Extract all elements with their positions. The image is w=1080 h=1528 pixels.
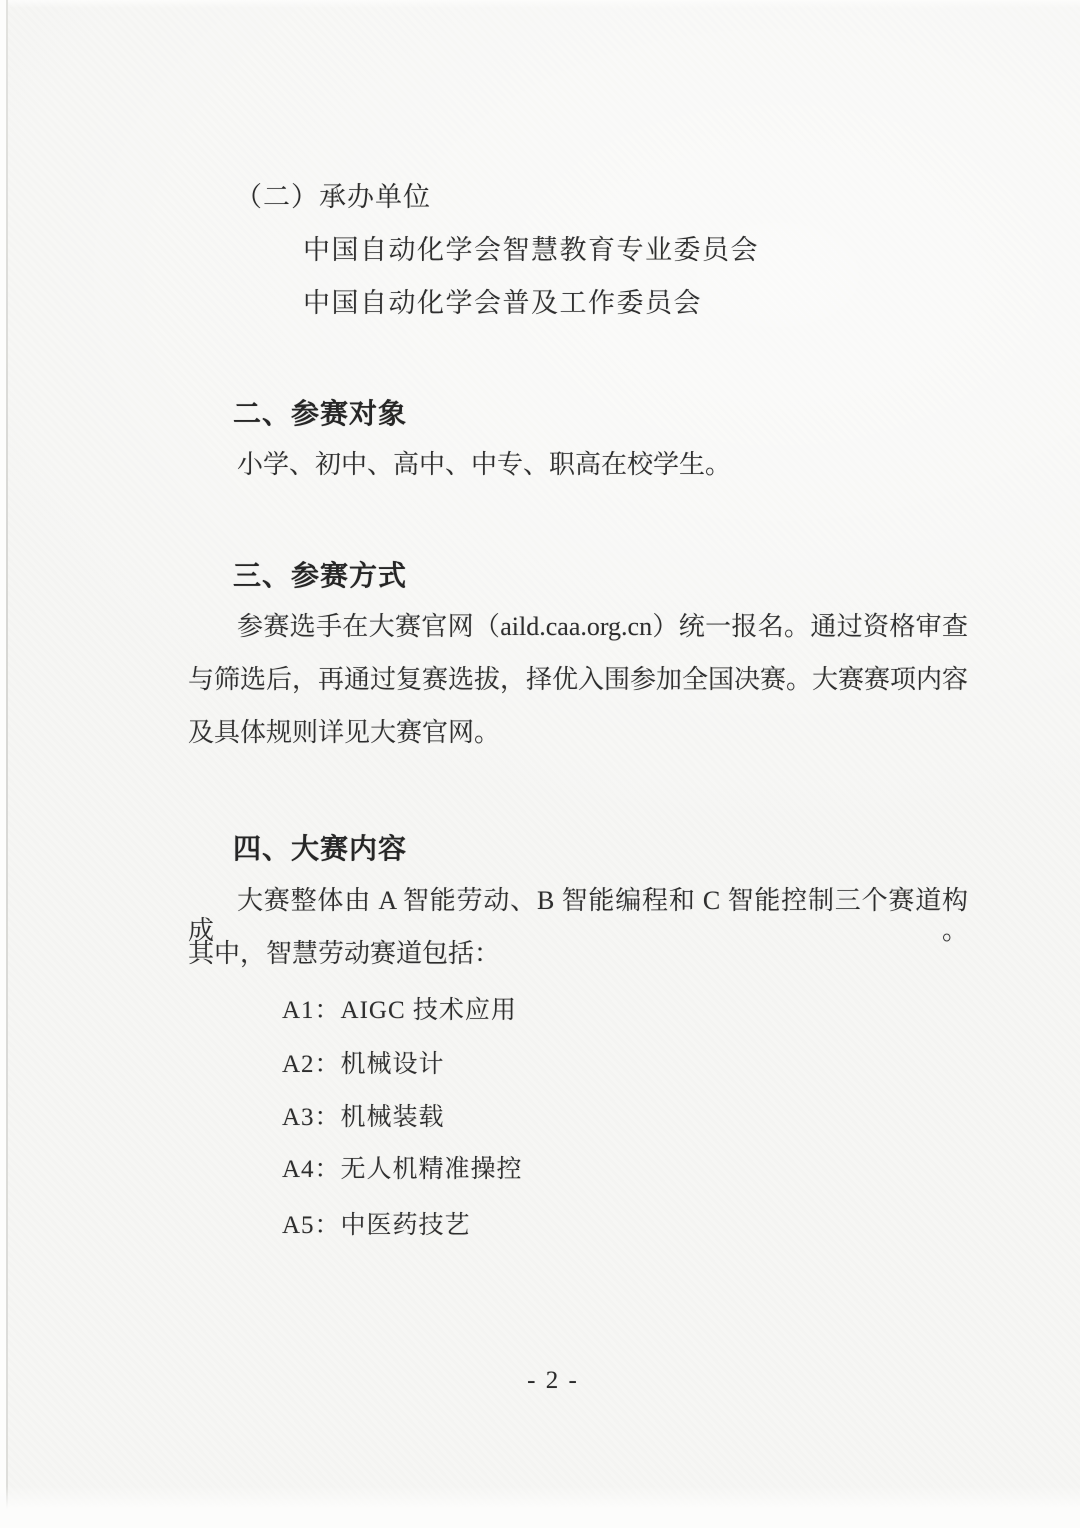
method-paragraph-line: 及具体规则详见大赛官网。 (188, 718, 968, 748)
section-heading-participants: 二、参赛对象 (233, 398, 407, 430)
track-item-a1: A1：AIGC 技术应用 (282, 996, 517, 1026)
page-number: - 2 - (13, 1367, 1080, 1395)
content-paragraph-line: 其中，智慧劳动赛道包括： (188, 939, 968, 969)
track-item-a3: A3：机械装载 (282, 1103, 445, 1133)
content-paragraph-line: 大赛整体由 A 智能劳动、B 智能编程和 C 智能控制三个赛道构成。 (188, 886, 968, 946)
scan-left-edge-line (6, 0, 8, 1522)
method-paragraph-line: 参赛选手在大赛官网（aild.caa.org.cn）统一报名。通过资格审查 (188, 612, 968, 642)
scanned-document-page: （二）承办单位 中国自动化学会智慧教育专业委员会 中国自动化学会普及工作委员会 … (0, 0, 1080, 1528)
organizer-line: 中国自动化学会普及工作委员会 (303, 288, 702, 318)
method-paragraph-line: 与筛选后，再通过复赛选拔，择优入围参加全国决赛。大赛赛项内容 (188, 665, 968, 695)
scan-bottom-edge (0, 1486, 1080, 1528)
participants-body-text: 小学、初中、高中、中专、职高在校学生。 (188, 450, 968, 480)
section-heading-content: 四、大赛内容 (233, 833, 407, 865)
section-heading-method: 三、参赛方式 (233, 560, 407, 592)
subsection-heading-organizers: （二）承办单位 (235, 182, 431, 213)
organizer-line: 中国自动化学会智慧教育专业委员会 (303, 235, 759, 265)
track-item-a4: A4：无人机精准操控 (282, 1155, 523, 1185)
track-item-a5: A5：中医药技艺 (282, 1211, 471, 1241)
track-item-a2: A2：机械设计 (282, 1050, 445, 1080)
scan-top-edge (0, 0, 1080, 8)
